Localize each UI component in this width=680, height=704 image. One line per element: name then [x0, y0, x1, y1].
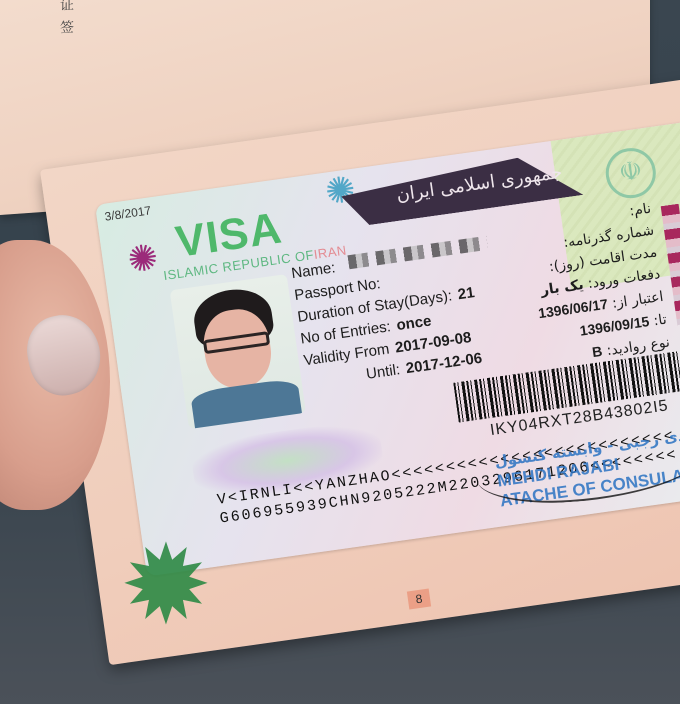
page-number: 8 — [407, 589, 431, 610]
holder-photo — [170, 274, 306, 429]
issue-date: 3/8/2017 — [104, 203, 152, 223]
persian-fields: نام: شماره گذرنامه: مدت اقامت (روز): دفع… — [501, 198, 671, 374]
signature — [474, 421, 680, 509]
green-consulate-stamp-icon: ✹ — [108, 528, 224, 644]
chinese-stamp-text: 证 签 — [56, 0, 76, 37]
rosette-icon: ✺ — [120, 236, 165, 281]
english-fields: Name: Passport No: Duration of Stay(Days… — [290, 236, 505, 394]
